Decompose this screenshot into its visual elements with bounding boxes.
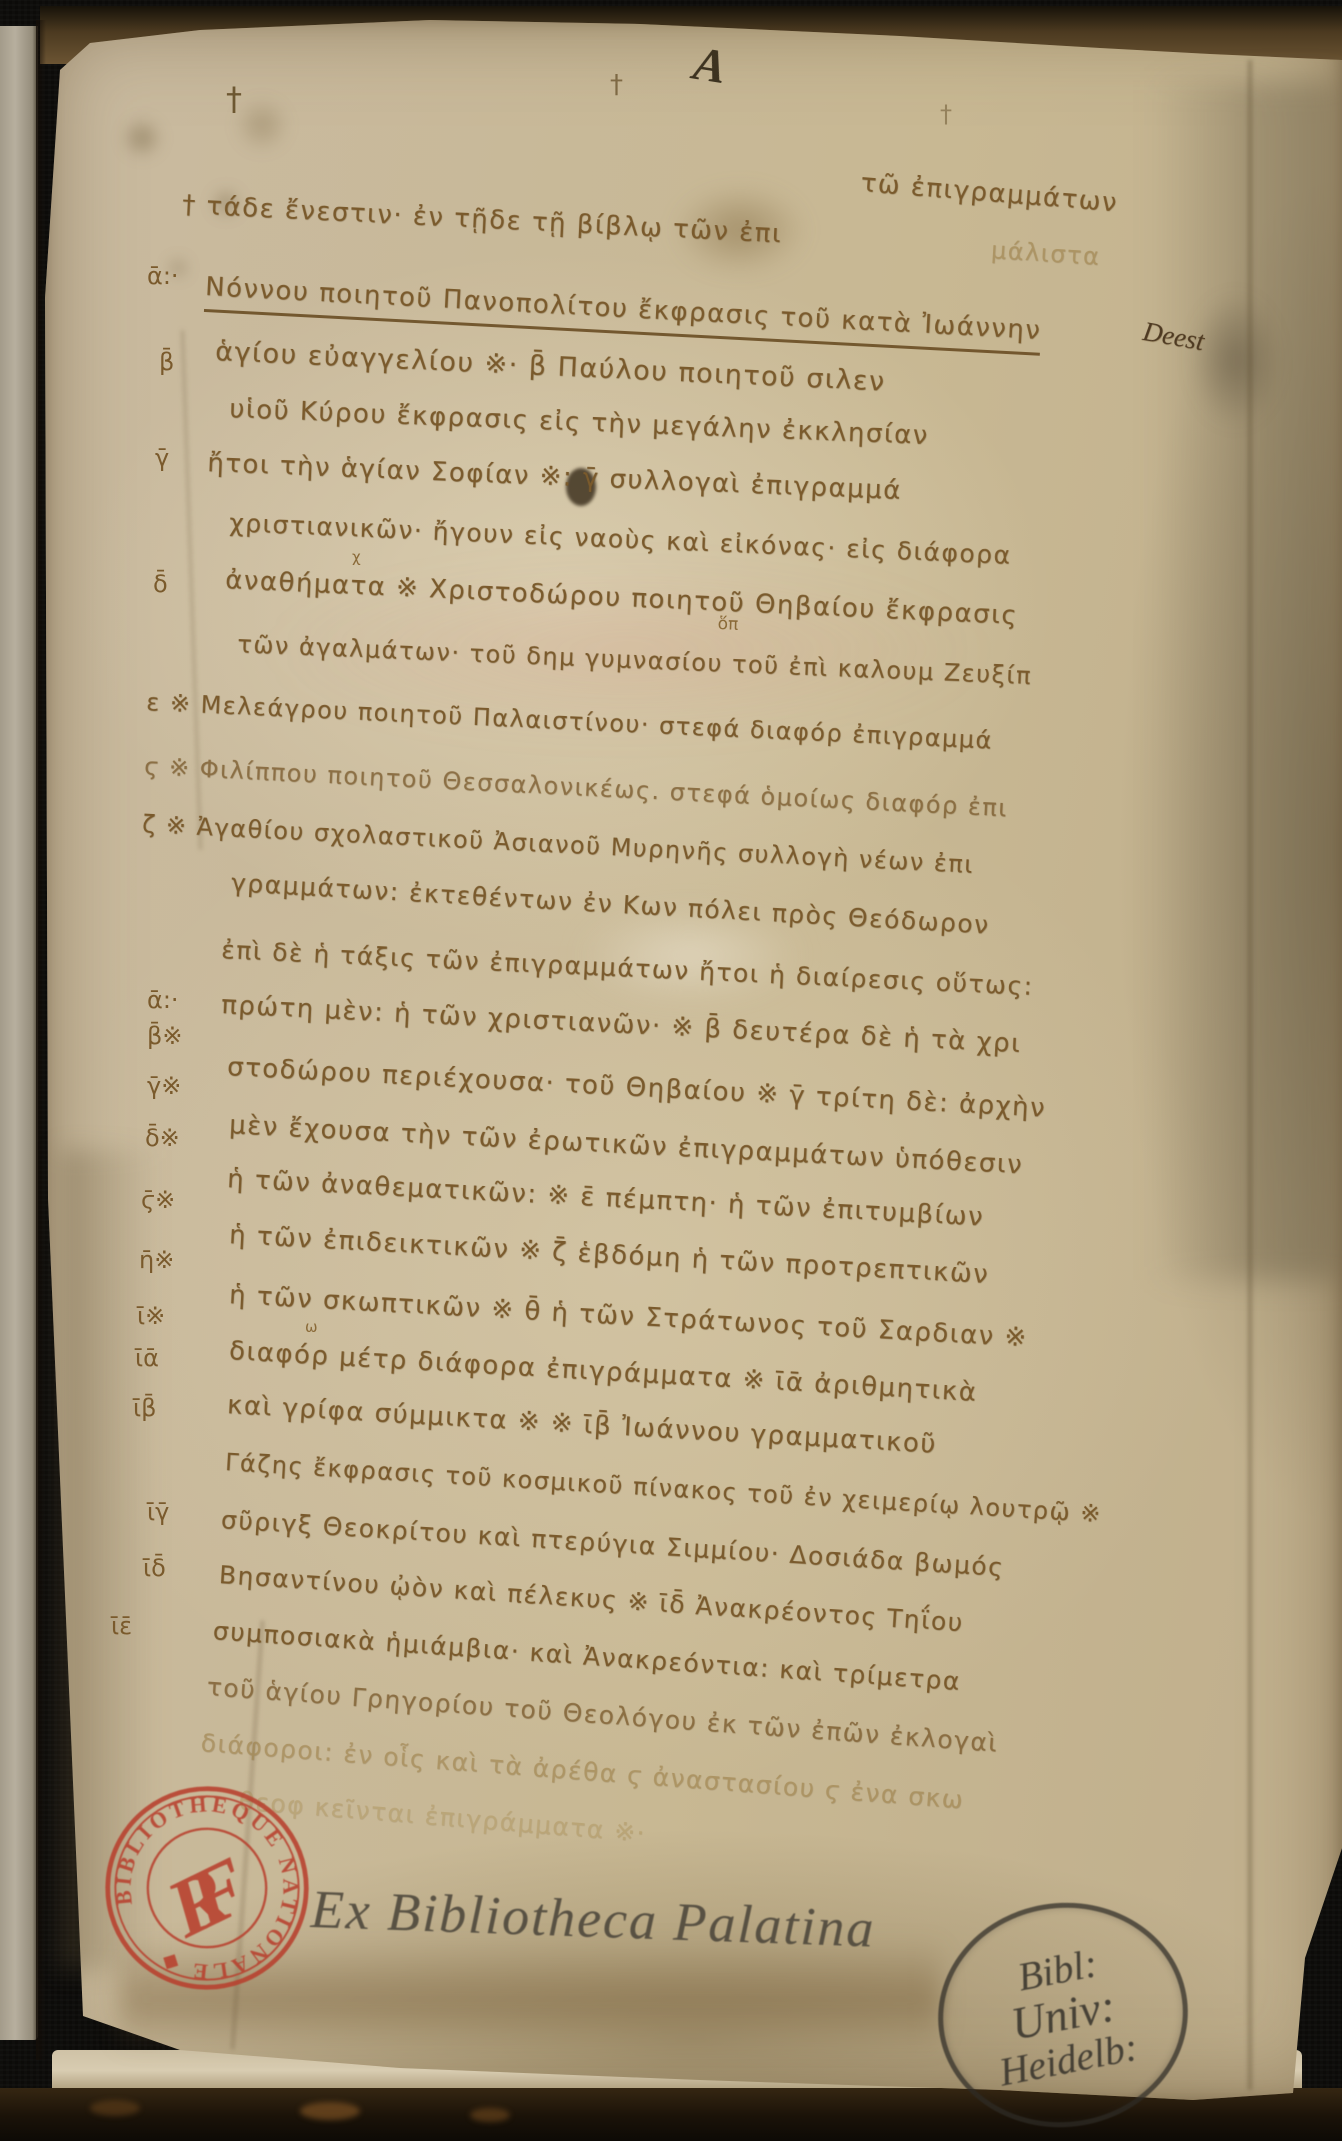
manuscript-photo: A † † † † τάδε ἔνεστιν· ἐν τῇδε τῇ βίβλῳ…	[0, 0, 1342, 2141]
margin-numeral: ᾱ:·	[147, 986, 179, 1014]
gutter-shadow	[36, 20, 46, 2060]
stamp-monogram: RF	[153, 1840, 262, 1956]
margin-numeral: γ̄	[155, 444, 169, 472]
margin-numeral: ῑᾱ	[135, 1344, 159, 1372]
margin-numeral: ῑε̄	[111, 1612, 132, 1640]
cross-mark: †	[226, 80, 242, 118]
margin-numeral: ῑ※	[137, 1302, 165, 1330]
interlinear-mark: χ	[352, 548, 361, 566]
margin-numeral: δ̄	[153, 570, 168, 598]
margin-numeral: ῑγ̄	[147, 1498, 169, 1526]
cross-mark: †	[610, 70, 623, 100]
margin-numeral: ῑδ̄	[143, 1554, 166, 1582]
interlinear-mark: ὅπ	[717, 614, 738, 635]
margin-numeral: β̄	[159, 348, 174, 376]
margin-numeral: η̄※	[139, 1246, 174, 1274]
margin-numeral: ῑβ̄	[133, 1394, 156, 1422]
margin-numeral: γ̄※	[147, 1072, 181, 1100]
margin-numeral: β̄※	[147, 1022, 182, 1050]
margin-numeral: ᾱ:·	[147, 262, 179, 290]
cross-mark: †	[940, 100, 952, 128]
interlinear-mark: ω	[305, 1318, 318, 1336]
margin-numeral: δ̄※	[145, 1124, 180, 1152]
margin-numeral: ϛ̄※	[141, 1186, 175, 1214]
flyleaf-edge	[0, 26, 38, 2040]
